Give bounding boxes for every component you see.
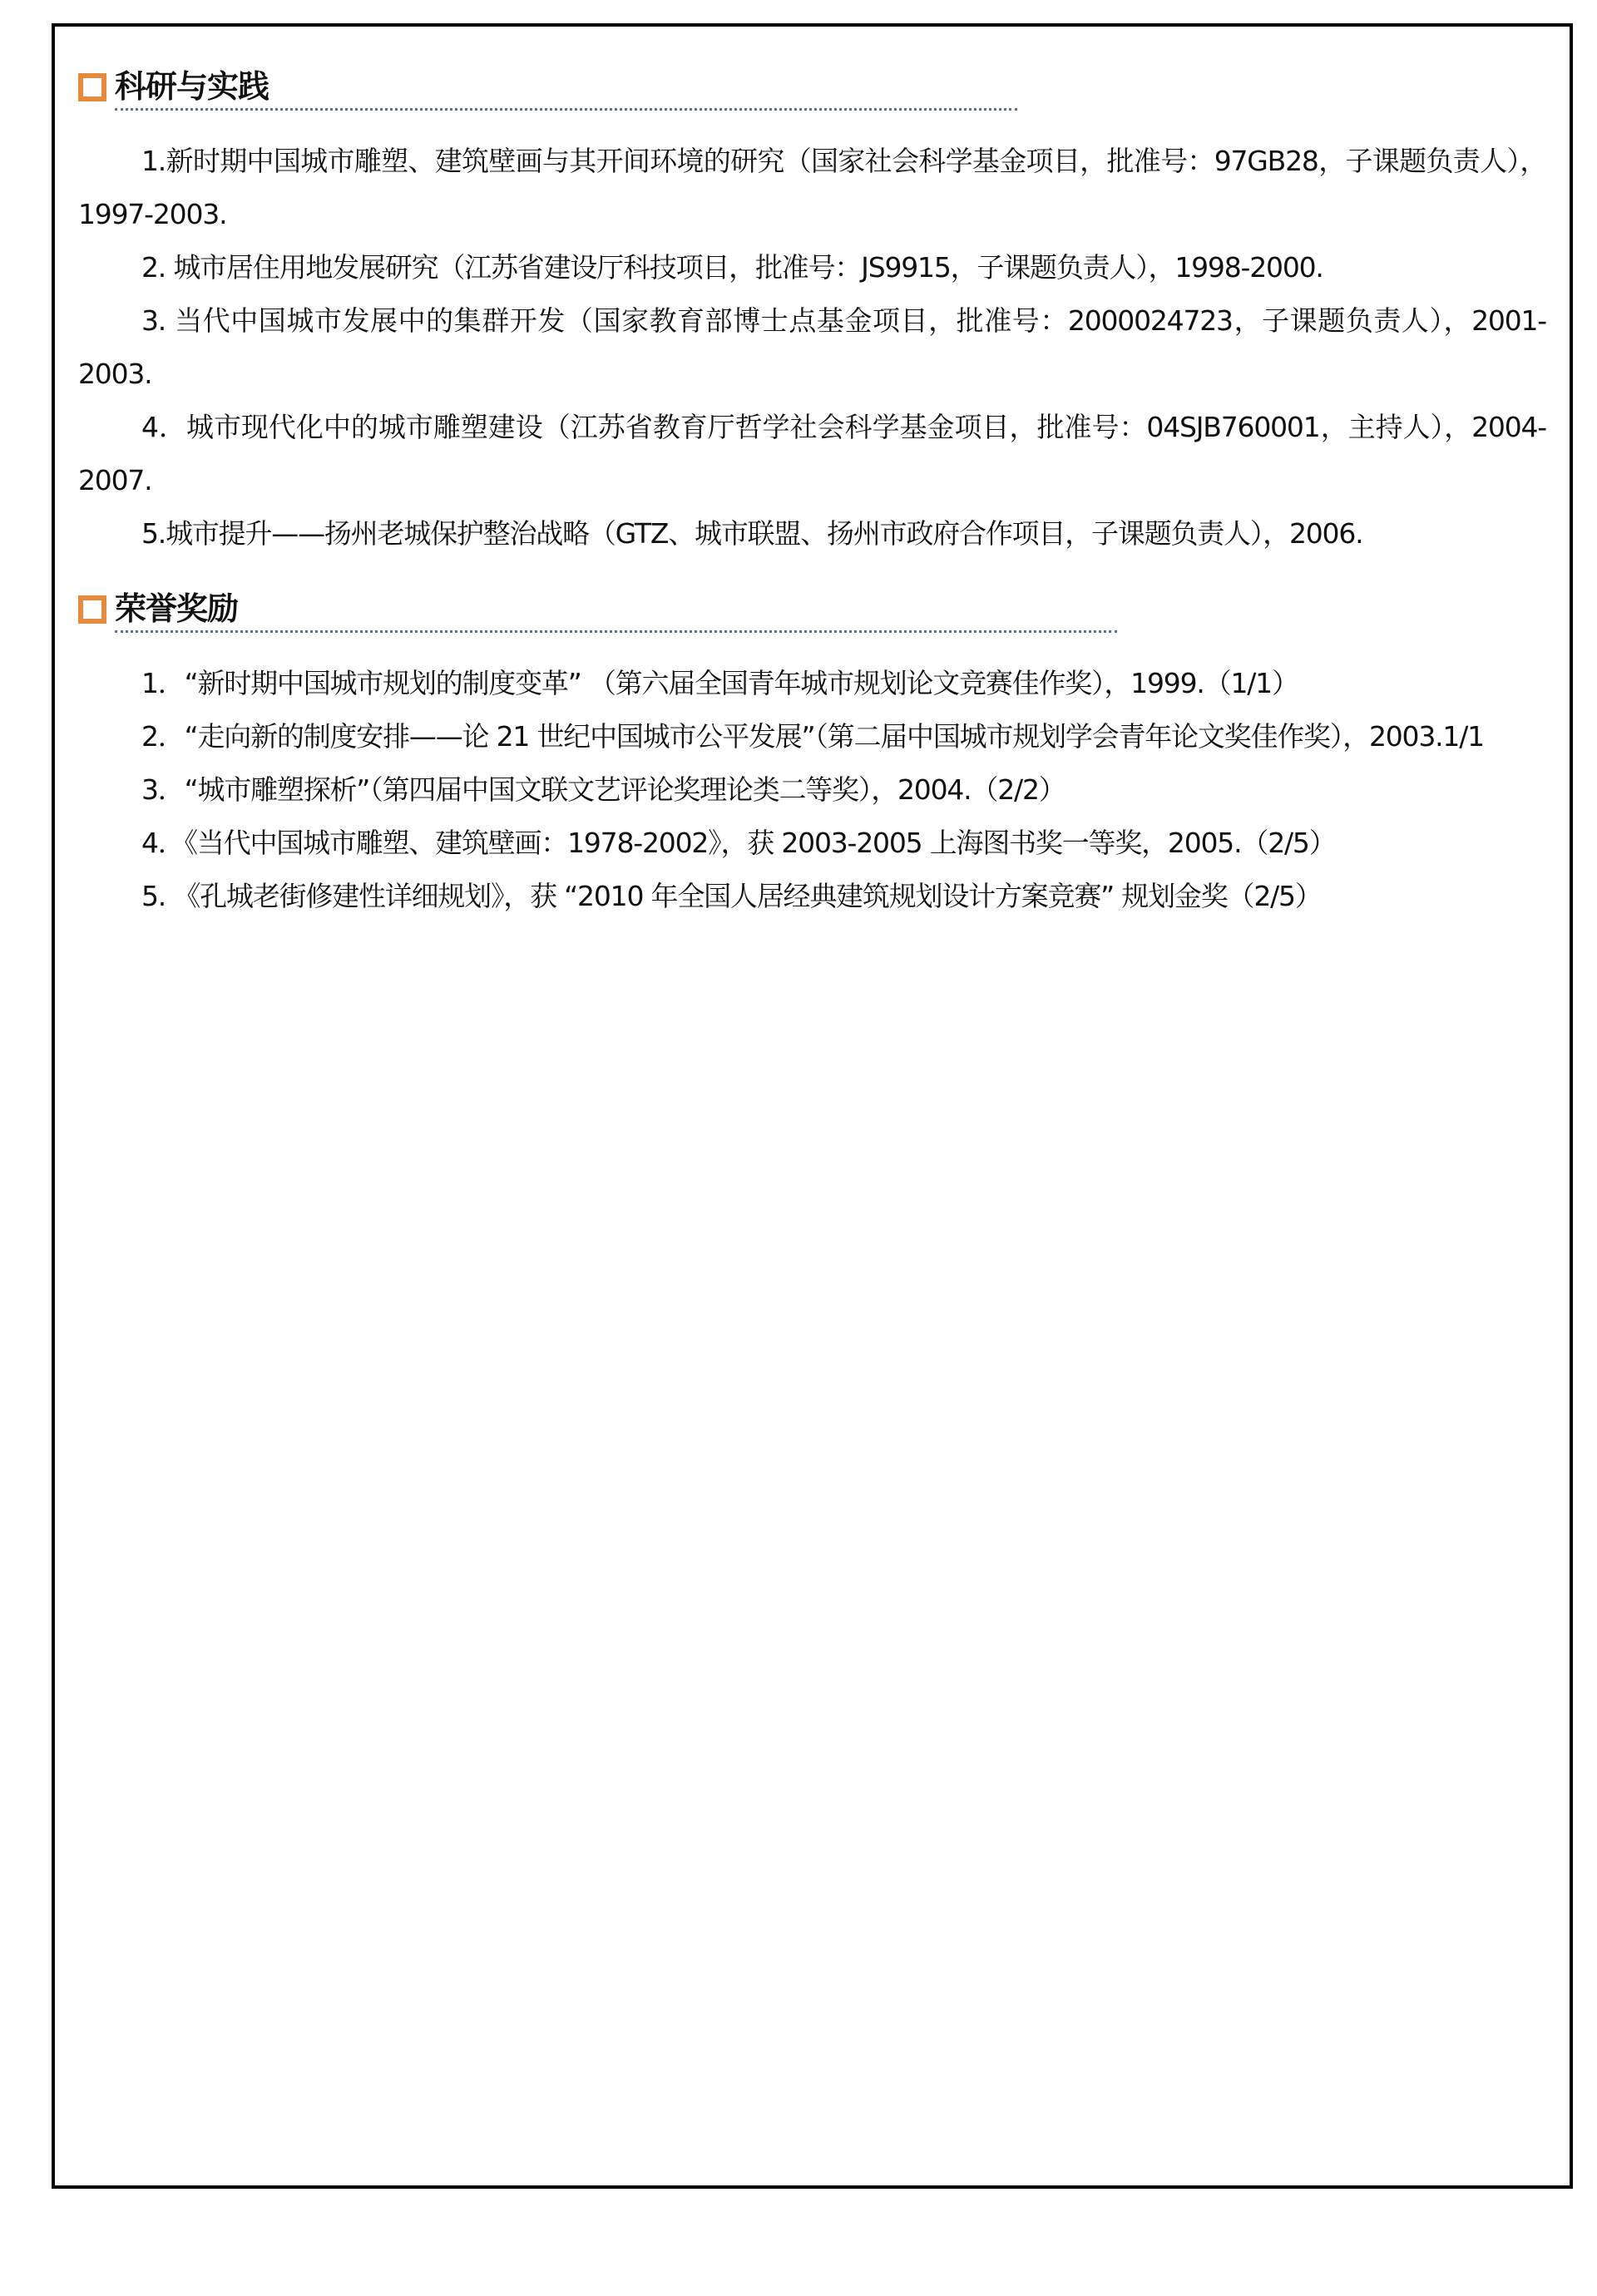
list-item: 3．“城市雕塑探析”（第四届中国文联文艺评论奖理论类二等奖），2004.（2/2… — [78, 763, 1546, 817]
section-title: 荣誉奖励 — [115, 589, 238, 629]
list-item: 2．“走向新的制度安排——论 21 世纪中国城市公平发展”（第二届中国城市规划学… — [78, 710, 1546, 763]
section-header: 荣誉奖励 — [78, 595, 1546, 645]
list-item: 1．“新时期中国城市规划的制度变革” （第六届全国青年城市规划论文竞赛佳作奖），… — [78, 657, 1546, 710]
section-header: 科研与实践 — [78, 73, 1546, 123]
list-item: 4．城市现代化中的城市雕塑建设（江苏省教育厅哲学社会科学基金项目，批准号：04S… — [78, 401, 1546, 507]
list-item: 3. 当代中国城市发展中的集群开发（国家教育部博士点基金项目，批准号：20000… — [78, 294, 1546, 401]
entry-list: 1．“新时期中国城市规划的制度变革” （第六届全国青年城市规划论文竞赛佳作奖），… — [78, 657, 1546, 923]
dotted-divider — [115, 108, 1017, 111]
square-bullet-icon — [78, 73, 106, 101]
section-research-practice: 科研与实践 1.新时期中国城市雕塑、建筑壁画与其开间环境的研究（国家社会科学基金… — [78, 73, 1546, 560]
section-title: 科研与实践 — [115, 67, 269, 106]
list-item: 1.新时期中国城市雕塑、建筑壁画与其开间环境的研究（国家社会科学基金项目，批准号… — [78, 135, 1546, 241]
list-item: 5. 《孔城老街修建性详细规划》，获 “2010 年全国人居经典建筑规划设计方案… — [78, 870, 1546, 923]
page-frame: 科研与实践 1.新时期中国城市雕塑、建筑壁画与其开间环境的研究（国家社会科学基金… — [52, 23, 1573, 2189]
entry-list: 1.新时期中国城市雕塑、建筑壁画与其开间环境的研究（国家社会科学基金项目，批准号… — [78, 135, 1546, 560]
list-item: 4．《当代中国城市雕塑、建筑壁画：1978-2002》，获 2003-2005 … — [78, 817, 1546, 870]
list-item: 5.城市提升——扬州老城保护整治战略（GTZ、城市联盟、扬州市政府合作项目，子课… — [78, 507, 1546, 560]
dotted-divider — [115, 630, 1117, 633]
section-honors-awards: 荣誉奖励 1．“新时期中国城市规划的制度变革” （第六届全国青年城市规划论文竞赛… — [78, 595, 1546, 923]
list-item: 2. 城市居住用地发展研究（江苏省建设厅科技项目，批准号：JS9915，子课题负… — [78, 241, 1546, 294]
square-bullet-icon — [78, 595, 106, 624]
